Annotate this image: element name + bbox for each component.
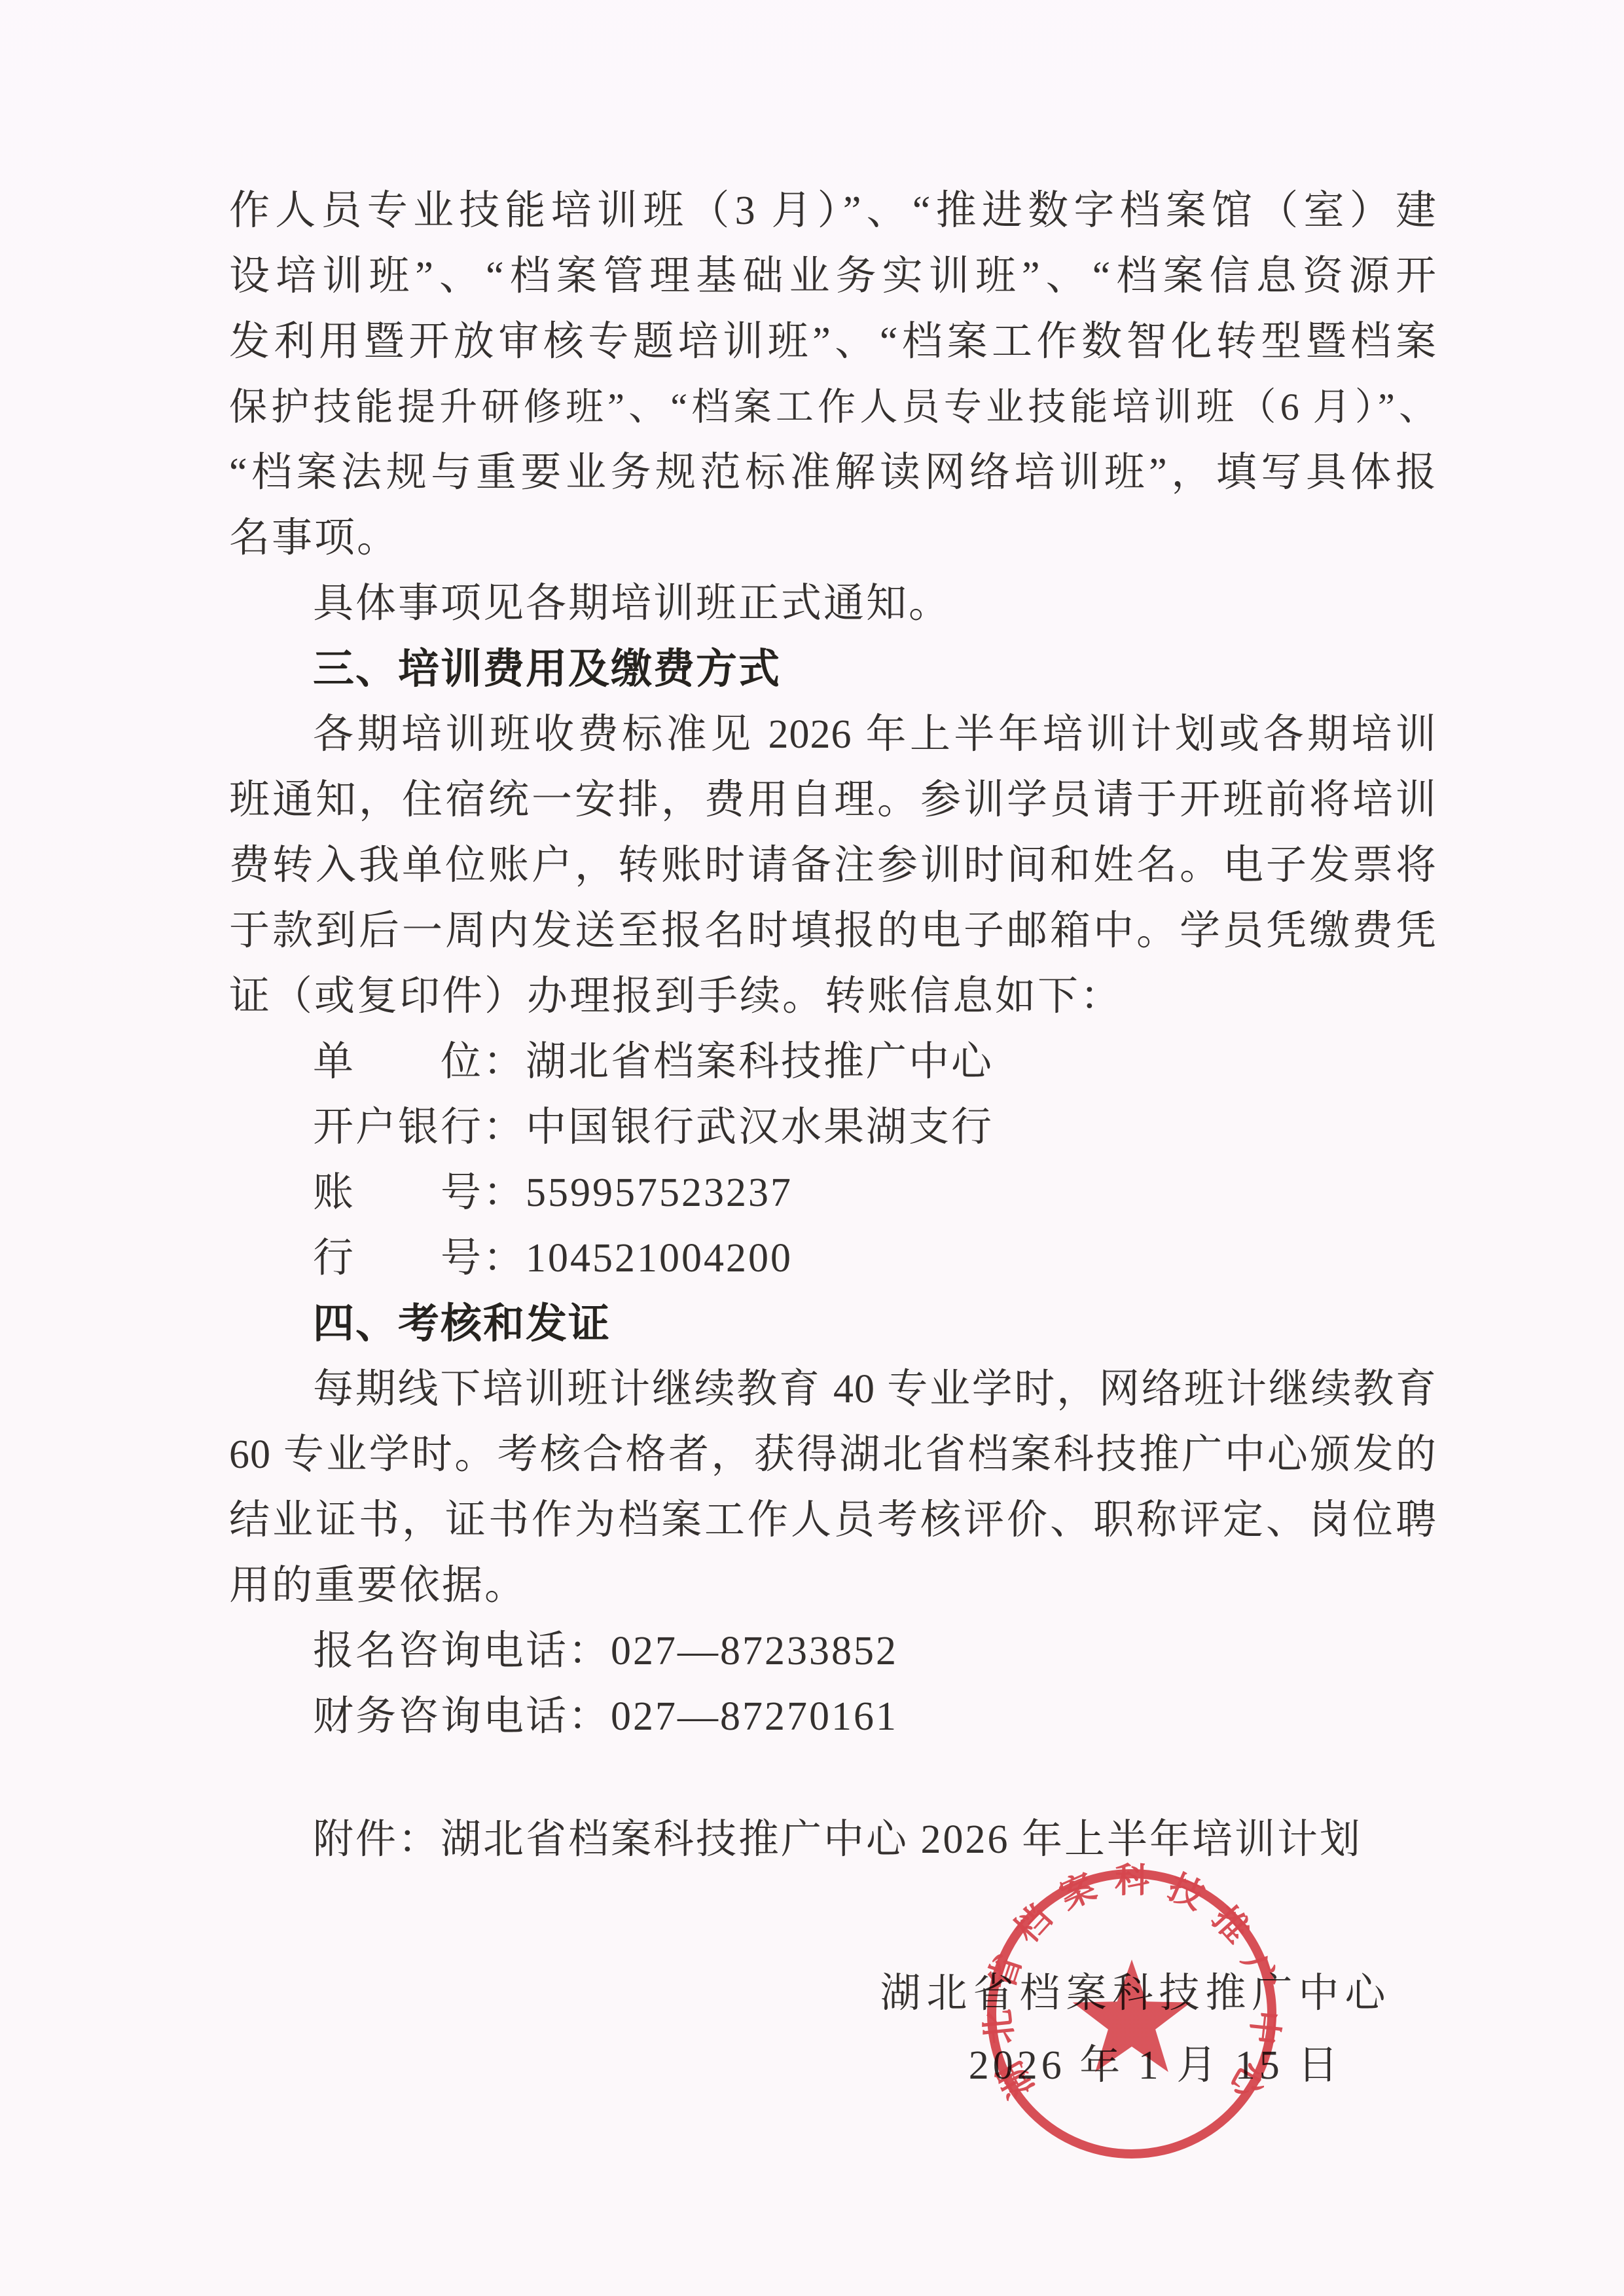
text-line: 费转入我单位账户，转账时请备注参训时间和姓名。电子发票将	[229, 833, 1437, 898]
text-line: 开户银行：中国银行武汉水果湖支行	[229, 1095, 1437, 1160]
text-line: 账 号：559957523237	[229, 1160, 1437, 1226]
text-line: 结业证书，证书作为档案工作人员考核评价、职称评定、岗位聘	[229, 1487, 1437, 1553]
text-line: 单 位：湖北省档案科技推广中心	[229, 1029, 1437, 1095]
text-line: 证（或复印件）办理报到手续。转账信息如下：	[229, 964, 1437, 1029]
text-line: 行 号：104521004200	[229, 1226, 1437, 1291]
text-line: 报名咨询电话：027—87233852	[229, 1618, 1437, 1684]
text-line: 附件：湖北省档案科技推广中心 2026 年上半年培训计划	[229, 1807, 1437, 1872]
text-line: 用的重要依据。	[229, 1553, 1437, 1618]
text-line: 名事项。	[229, 505, 1437, 571]
text-line: 设培训班”、“档案管理基础业务实训班”、“档案信息资源开	[229, 244, 1437, 309]
text-line: 班通知，住宿统一安排，费用自理。参训学员请于开班前将培训	[229, 767, 1437, 833]
signature-date: 2026 年 1 月 15 日	[772, 2033, 1519, 2098]
text-line: 发利用暨开放审核专题培训班”、“档案工作数智化转型暨档案	[229, 309, 1437, 374]
text-line: “档案法规与重要业务规范标准解读网络培训班”，填写具体报	[229, 440, 1437, 505]
text-line: 作人员专业技能培训班（3 月）”、“推进数字档案馆（室）建	[229, 178, 1437, 244]
text-line: 于款到后一周内发送至报名时填报的电子邮箱中。学员凭缴费凭	[229, 898, 1437, 964]
text-line: 三、培训费用及缴费方式	[229, 636, 1437, 702]
text-line: 四、考核和发证	[229, 1291, 1437, 1357]
signature-org: 湖北省档案科技推广中心	[772, 1961, 1499, 2026]
text-line: 保护技能提升研修班”、“档案工作人员专业技能培训班（6 月）”、	[229, 374, 1437, 440]
text-line: 具体事项见各期培训班正式通知。	[229, 571, 1437, 636]
page: 作人员专业技能培训班（3 月）”、“推进数字档案馆（室）建设培训班”、“档案管理…	[0, 0, 1624, 2296]
text-line: 60 专业学时。考核合格者，获得湖北省档案科技推广中心颁发的	[229, 1422, 1437, 1487]
text-line: 每期线下培训班计继续教育 40 专业学时，网络班计继续教育	[229, 1357, 1437, 1422]
text-line: 各期培训班收费标准见 2026 年上半年培训计划或各期培训	[229, 702, 1437, 767]
text-line: 财务咨询电话：027—87270161	[229, 1684, 1437, 1749]
